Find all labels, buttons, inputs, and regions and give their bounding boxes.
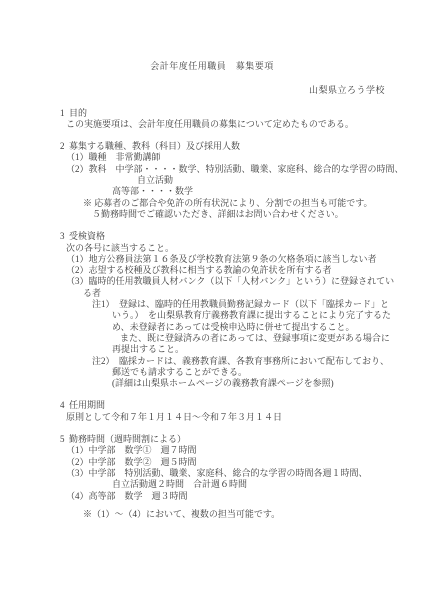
section-number: 2 [60, 141, 69, 152]
section-heading-row: 3受検資格 [60, 231, 424, 242]
section-heading-row: 1目的 [60, 108, 424, 119]
section-heading-row: 2募集する職種、教科（科目）及び採用人数 [60, 141, 424, 152]
document-line: （3）臨時的任用教職員人材バンク（以下「人材バンク」という）に登録されてい [60, 276, 424, 287]
document-title: 会計年度任用職員 募集要項 [0, 0, 424, 72]
document-body: 1目的この実施要項は、会計年度任用職員の募集について定めたものである。2募集する… [0, 108, 424, 521]
document-section: 4任用期間原則として令和７年１月１４日～令和７年３月１４日 [60, 400, 424, 423]
document-line: （3）中学部 特別活動、職業、家庭科、総合的な学習の時間各週１時間、 [60, 468, 424, 479]
document-section: 3受検資格次の各号に該当すること。（1）地方公務員法第１６条及び学校教育法第９条… [60, 231, 424, 389]
document-line: ※ 応募者のご都合や免許の所有状況により、分割での担当も可能です。 [60, 198, 424, 209]
document-line: （1）職種 非常勤講師 [60, 152, 424, 163]
section-heading-row: 4任用期間 [60, 400, 424, 411]
document-line: (詳細は山梨県ホームページの義務教育課ページを参照) [60, 378, 424, 389]
document-line: 高等部・・・・数学 [60, 186, 424, 197]
document-line: （1）中学部 数学① 週７時間 [60, 445, 424, 456]
section-number: 3 [60, 231, 69, 242]
document-line: また、既に登録済みの者にあっては、登録事項に変更がある場合に [60, 333, 424, 344]
document-page: 会計年度任用職員 募集要項 山梨県立ろう学校 1目的この実施要項は、会計年度任用… [0, 0, 424, 600]
document-line: る者 [60, 288, 424, 299]
section-heading: 募集する職種、教科（科目）及び採用人数 [69, 141, 240, 151]
document-line: （1）地方公務員法第１６条及び学校教育法第９条の欠格条項に該当しない者 [60, 254, 424, 265]
document-line: 注1） 登録は、臨時的任用教職員勤務記録カード（以下「臨採カード」と [60, 299, 424, 310]
section-heading-row: 5勤務時間（週時間割による） [60, 434, 424, 445]
document-line: 再提出すること。 [60, 344, 424, 355]
section-heading: 勤務時間（週時間割による） [69, 434, 186, 444]
document-line: め、未登録者にあっては受検申込時に併せて提出すること。 [60, 322, 424, 333]
document-line: 注2） 臨採カードは、義務教育課、各教育事務所において配布しており、 [60, 356, 424, 367]
section-number: 5 [60, 434, 69, 445]
section-heading: 目的 [69, 108, 87, 118]
document-line: （4）高等部 数学 週３時間 [60, 491, 424, 502]
document-line: （2）志望する校種及び教科に相当する教諭の免許状を所有する者 [60, 265, 424, 276]
school-name: 山梨県立ろう学校 [0, 85, 424, 96]
document-line: 自立活動 [60, 175, 424, 186]
document-section: 1目的この実施要項は、会計年度任用職員の募集について定めたものである。 [60, 108, 424, 131]
document-line: 郵送でも請求することができる。 [60, 367, 424, 378]
section-heading: 任用期間 [69, 400, 105, 410]
document-line: この実施要項は、会計年度任用職員の募集について定めたものである。 [60, 119, 424, 130]
section-heading: 受検資格 [69, 231, 105, 241]
section-number: 4 [60, 400, 69, 411]
document-line: （2）教科 中学部・・・・数学、特別活動、職業、家庭科、総合的な学習の時間、 [60, 164, 424, 175]
document-line: 自立活動週２時間 合計週６時間 [60, 479, 424, 490]
document-line: （2）中学部 数学② 週５時間 [60, 457, 424, 468]
document-line: いう。） を山梨県教育庁義務教育課に提出することにより完了するた [60, 310, 424, 321]
document-section: 5勤務時間（週時間割による）（1）中学部 数学① 週７時間（2）中学部 数学② … [60, 434, 424, 520]
document-line: 次の各号に該当すること。 [60, 243, 424, 254]
document-line: ※（1）～（4）において、複数の担当可能です。 [60, 509, 424, 520]
document-line: ５勤務時間でご確認いただき、詳細はお問い合わせください。 [60, 209, 424, 220]
section-number: 1 [60, 108, 69, 119]
document-line: 原則として令和７年１月１４日～令和７年３月１４日 [60, 412, 424, 423]
document-section: 2募集する職種、教科（科目）及び採用人数（1）職種 非常勤講師（2）教科 中学部… [60, 141, 424, 220]
